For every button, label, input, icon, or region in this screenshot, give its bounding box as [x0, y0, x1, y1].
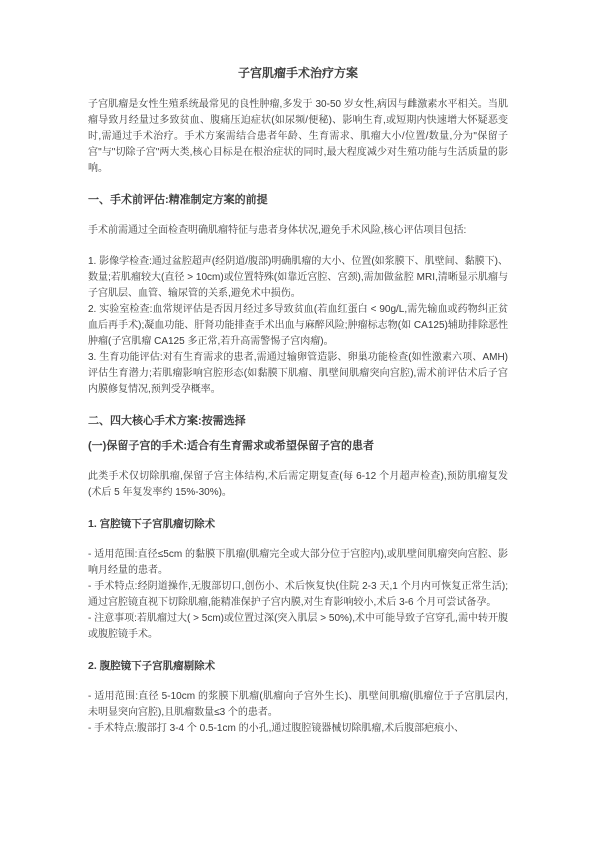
intro-paragraph: 子宫肌瘤是女性生殖系统最常见的良性肿瘤,多发于 30-50 岁女性,病因与雌激素…	[88, 97, 508, 177]
procedure-1-bullet-scope: - 适用范围:直径≤5cm 的黏膜下肌瘤(肌瘤完全或大部分位于宫腔内),或肌壁间…	[88, 547, 508, 579]
procedure-1-bullet-list: - 适用范围:直径≤5cm 的黏膜下肌瘤(肌瘤完全或大部分位于宫腔内),或肌壁间…	[88, 547, 508, 643]
assessment-item-list: 1. 影像学检查:通过盆腔超声(经阴道/腹部)明确肌瘤的大小、位置(如浆膜下、肌…	[88, 254, 508, 398]
procedure-2-bullet-list: - 适用范围:直径 5-10cm 的浆膜下肌瘤(肌瘤向子宫外生长)、肌壁间肌瘤(…	[88, 689, 508, 737]
procedure-1-bullet-features: - 手术特点:经阴道操作,无腹部切口,创伤小、术后恢复快(住院 2-3 天,1 …	[88, 579, 508, 611]
subsection-1-lead: 此类手术仅切除肌瘤,保留子宫主体结构,术后需定期复查(每 6-12 个月超声检查…	[88, 469, 508, 501]
assessment-item-fertility: 3. 生育功能评估:对有生育需求的患者,需通过输卵管造影、卵巢功能检查(如性激素…	[88, 350, 508, 398]
section-2-heading: 二、四大核心手术方案:按需选择	[88, 413, 508, 429]
procedure-2-heading: 2. 腹腔镜下子宫肌瘤剔除术	[88, 658, 508, 674]
assessment-item-imaging: 1. 影像学检查:通过盆腔超声(经阴道/腹部)明确肌瘤的大小、位置(如浆膜下、肌…	[88, 254, 508, 302]
subsection-1-heading: (一)保留子宫的手术:适合有生育需求或希望保留子宫的患者	[88, 438, 508, 454]
procedure-2-bullet-features: - 手术特点:腹部打 3-4 个 0.5-1cm 的小孔,通过腹腔镜器械切除肌瘤…	[88, 721, 508, 737]
document-page: 子宫肌瘤手术治疗方案 子宫肌瘤是女性生殖系统最常见的良性肿瘤,多发于 30-50…	[0, 0, 595, 841]
assessment-item-lab: 2. 实验室检查:血常规评估是否因月经过多导致贫血(若血红蛋白 < 90g/L,…	[88, 302, 508, 350]
section-1-heading: 一、手术前评估:精准制定方案的前提	[88, 192, 508, 208]
procedure-2-bullet-scope: - 适用范围:直径 5-10cm 的浆膜下肌瘤(肌瘤向子宫外生长)、肌壁间肌瘤(…	[88, 689, 508, 721]
doc-title: 子宫肌瘤手术治疗方案	[88, 64, 508, 82]
section-1-lead: 手术前需通过全面检查明确肌瘤特征与患者身体状况,避免手术风险,核心评估项目包括:	[88, 223, 508, 239]
procedure-1-bullet-cautions: - 注意事项:若肌瘤过大( > 5cm)或位置过深(突入肌层 > 50%),术中…	[88, 611, 508, 643]
procedure-1-heading: 1. 宫腔镜下子宫肌瘤切除术	[88, 516, 508, 532]
